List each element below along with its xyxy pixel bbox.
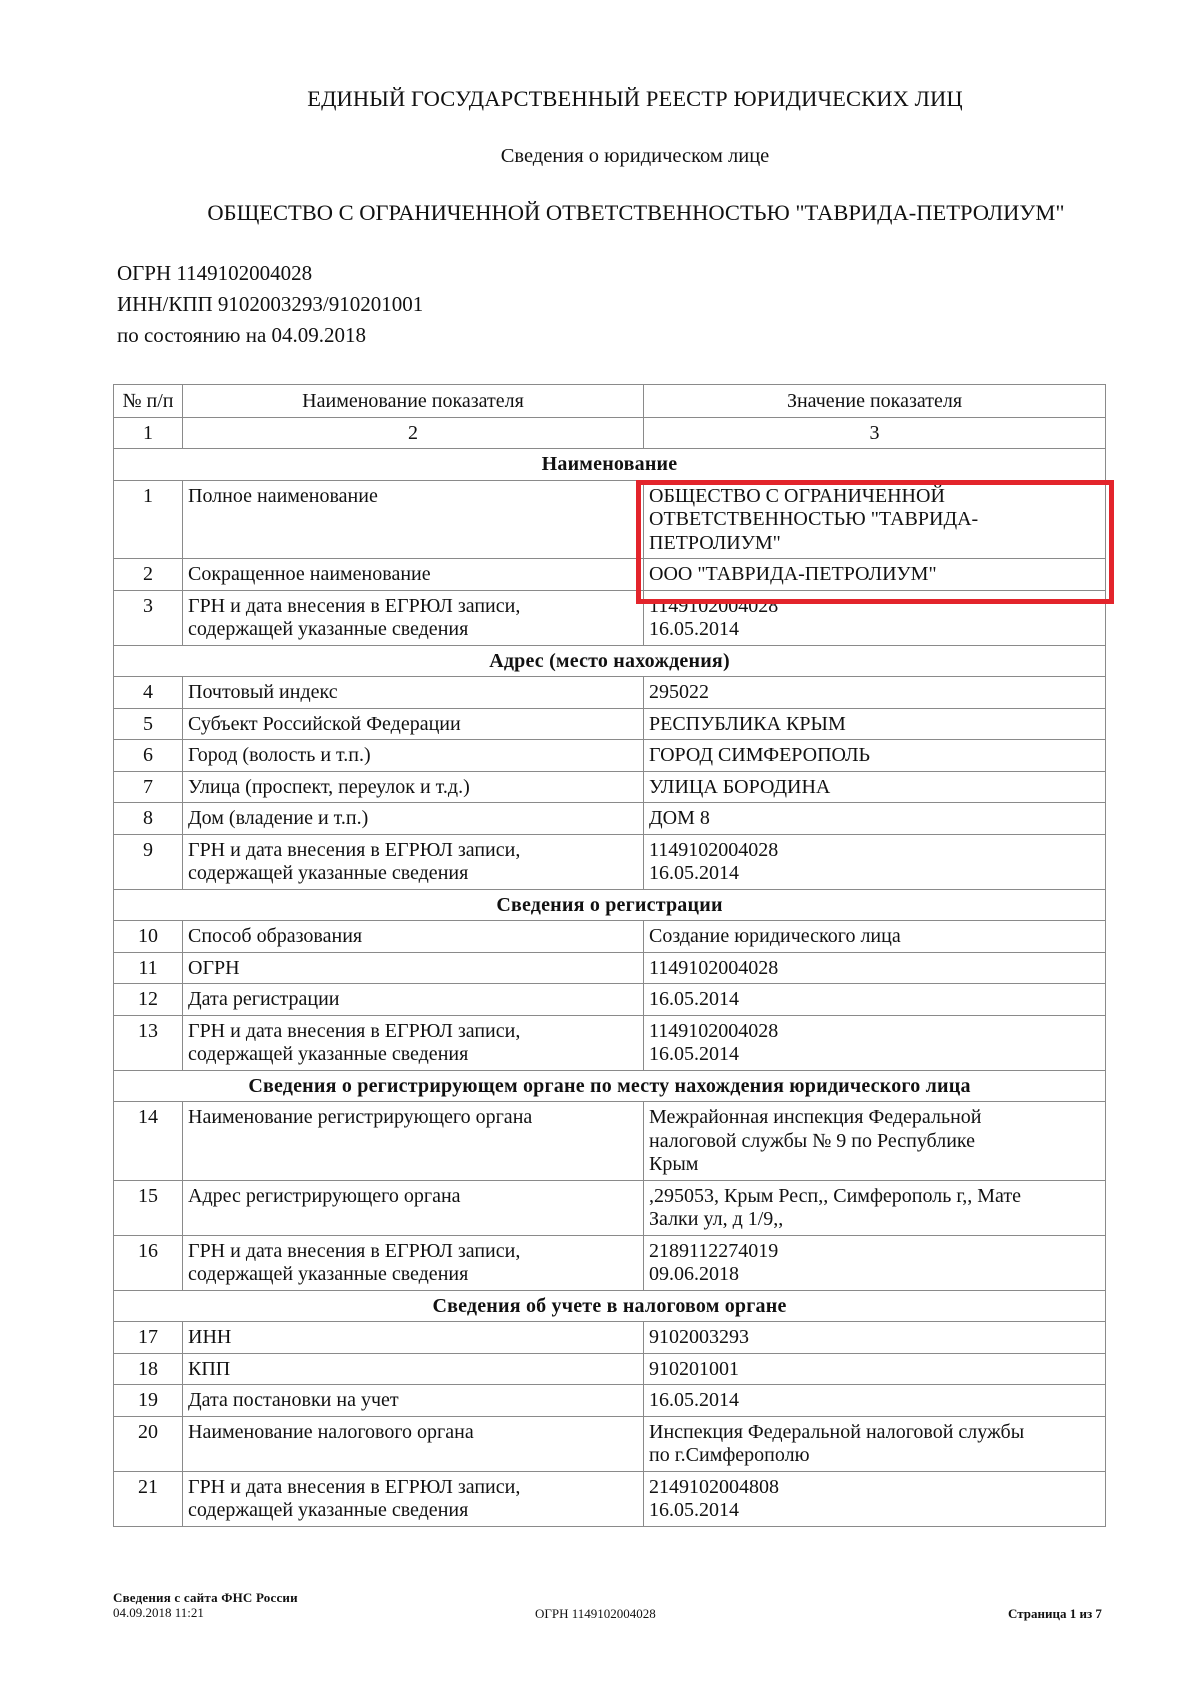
row-number: 11 <box>114 952 183 984</box>
document-title: ЕДИНЫЙ ГОСУДАРСТВЕННЫЙ РЕЕСТР ЮРИДИЧЕСКИ… <box>0 86 1190 112</box>
indicator-value: 114910200402816.05.2014 <box>644 590 1106 645</box>
table-row: 18КПП910201001 <box>114 1353 1106 1385</box>
table-row: 4Почтовый индекс295022 <box>114 677 1106 709</box>
table-header-row: № п/п Наименование показателя Значение п… <box>114 385 1106 418</box>
indicator-value: 218911227401909.06.2018 <box>644 1235 1106 1290</box>
table-row: 15Адрес регистрирующего органа,295053, К… <box>114 1180 1106 1235</box>
indicator-name: ГРН и дата внесения в ЕГРЮЛ записи,содер… <box>183 1471 644 1526</box>
column-index-row: 1 2 3 <box>114 417 1106 449</box>
indicator-name-line: Адрес регистрирующего органа <box>188 1185 638 1209</box>
indicator-name: Полное наименование <box>183 480 644 559</box>
indicator-name: Дата постановки на учет <box>183 1385 644 1417</box>
indicator-value: ,295053, Крым Респ,, Симферополь г,, Мат… <box>644 1180 1106 1235</box>
indicator-name-line: Дата постановки на учет <box>188 1389 638 1413</box>
section-header-row: Сведения об учете в налоговом органе <box>114 1290 1106 1322</box>
column-header-number: № п/п <box>114 385 183 418</box>
indicator-name-line: Улица (проспект, переулок и т.д.) <box>188 776 638 800</box>
indicator-value-line: по г.Симферополю <box>649 1444 1100 1468</box>
indicator-value: 114910200402816.05.2014 <box>644 1015 1106 1070</box>
indicator-name-line: содержащей указанные сведения <box>188 618 638 642</box>
indicator-value: 16.05.2014 <box>644 1385 1106 1417</box>
indicator-name: Дата регистрации <box>183 984 644 1016</box>
company-identifiers: ОГРН 1149102004028 ИНН/КПП 9102003293/91… <box>117 258 423 351</box>
indicator-value-line: 295022 <box>649 681 1100 705</box>
indicator-value: 910201001 <box>644 1353 1106 1385</box>
indicator-name: Наименование налогового органа <box>183 1416 644 1471</box>
row-number: 9 <box>114 834 183 889</box>
section-title: Сведения о регистрирующем органе по мест… <box>114 1070 1106 1102</box>
indicator-value: УЛИЦА БОРОДИНА <box>644 771 1106 803</box>
section-header-row: Адрес (место нахождения) <box>114 645 1106 677</box>
row-number: 15 <box>114 1180 183 1235</box>
indicator-value-line: 2189112274019 <box>649 1240 1100 1264</box>
indicator-name: Город (волость и т.п.) <box>183 740 644 772</box>
indicator-name-line: Субъект Российской Федерации <box>188 713 638 737</box>
indicator-name-line: Способ образования <box>188 925 638 949</box>
indicator-name-line: Почтовый индекс <box>188 681 638 705</box>
indicator-value-line: 16.05.2014 <box>649 862 1100 886</box>
footer-ogrn: ОГРН 1149102004028 <box>535 1606 656 1621</box>
column-header-indicator: Наименование показателя <box>183 385 644 418</box>
column-header-value: Значение показателя <box>644 385 1106 418</box>
registry-table: № п/п Наименование показателя Значение п… <box>113 384 1106 1527</box>
company-name-heading: ОБЩЕСТВО С ОГРАНИЧЕННОЙ ОТВЕТСТВЕННОСТЬЮ… <box>0 200 1190 226</box>
section-header-row: Сведения о регистрирующем органе по мест… <box>114 1070 1106 1102</box>
table-row: 8Дом (владение и т.п.)ДОМ 8 <box>114 803 1106 835</box>
section-title: Сведения о регистрации <box>114 889 1106 921</box>
indicator-value: ГОРОД СИМФЕРОПОЛЬ <box>644 740 1106 772</box>
indicator-value-line: 9102003293 <box>649 1326 1100 1350</box>
footer-source-label: Сведения с сайта ФНС России <box>113 1590 298 1605</box>
indicator-name-line: содержащей указанные сведения <box>188 1043 638 1067</box>
indicator-value-line: 1149102004028 <box>649 957 1100 981</box>
table-row: 12Дата регистрации16.05.2014 <box>114 984 1106 1016</box>
indicator-value: 214910200480816.05.2014 <box>644 1471 1106 1526</box>
table-row: 17ИНН9102003293 <box>114 1322 1106 1354</box>
indicator-value-line: ДОМ 8 <box>649 807 1100 831</box>
indicator-value-line: 1149102004028 <box>649 595 1100 619</box>
indicator-value: Создание юридического лица <box>644 921 1106 953</box>
table-row: 16ГРН и дата внесения в ЕГРЮЛ записи,сод… <box>114 1235 1106 1290</box>
row-number: 10 <box>114 921 183 953</box>
column-index-1: 1 <box>114 417 183 449</box>
indicator-value-line: налоговой службы № 9 по Республике <box>649 1130 1100 1154</box>
document-subtitle: Сведения о юридическом лице <box>0 145 1190 168</box>
indicator-value: 1149102004028 <box>644 952 1106 984</box>
ogrn-line: ОГРН 1149102004028 <box>117 258 423 289</box>
row-number: 18 <box>114 1353 183 1385</box>
indicator-name-line: ГРН и дата внесения в ЕГРЮЛ записи, <box>188 1020 638 1044</box>
indicator-value: ДОМ 8 <box>644 803 1106 835</box>
indicator-name-line: содержащей указанные сведения <box>188 862 638 886</box>
row-number: 6 <box>114 740 183 772</box>
column-index-3: 3 <box>644 417 1106 449</box>
indicator-name-line: содержащей указанные сведения <box>188 1499 638 1523</box>
footer-source: Сведения с сайта ФНС России 04.09.2018 1… <box>113 1590 298 1620</box>
indicator-value-line: 16.05.2014 <box>649 1499 1100 1523</box>
row-number: 19 <box>114 1385 183 1417</box>
table-row: 3ГРН и дата внесения в ЕГРЮЛ записи,соде… <box>114 590 1106 645</box>
indicator-name: Почтовый индекс <box>183 677 644 709</box>
row-number: 8 <box>114 803 183 835</box>
table-row: 5Субъект Российской ФедерацииРЕСПУБЛИКА … <box>114 708 1106 740</box>
footer-page-number: Страница 1 из 7 <box>1008 1606 1102 1621</box>
indicator-name: Наименование регистрирующего органа <box>183 1102 644 1181</box>
row-number: 16 <box>114 1235 183 1290</box>
inn-kpp-line: ИНН/КПП 9102003293/910201001 <box>117 289 423 320</box>
section-title: Наименование <box>114 449 1106 481</box>
indicator-value: 295022 <box>644 677 1106 709</box>
indicator-value-line: ГОРОД СИМФЕРОПОЛЬ <box>649 744 1100 768</box>
indicator-value-line: ОБЩЕСТВО С ОГРАНИЧЕННОЙ <box>649 485 1100 509</box>
indicator-name: КПП <box>183 1353 644 1385</box>
indicator-name: ИНН <box>183 1322 644 1354</box>
row-number: 5 <box>114 708 183 740</box>
indicator-value: Межрайонная инспекция Федеральнойналогов… <box>644 1102 1106 1181</box>
indicator-value-line: Межрайонная инспекция Федеральной <box>649 1106 1100 1130</box>
indicator-value-line: ОТВЕТСТВЕННОСТЬЮ "ТАВРИДА- <box>649 508 1100 532</box>
row-number: 12 <box>114 984 183 1016</box>
table-row: 11ОГРН1149102004028 <box>114 952 1106 984</box>
indicator-name-line: Полное наименование <box>188 485 638 509</box>
indicator-name-line: ИНН <box>188 1326 638 1350</box>
indicator-name: Улица (проспект, переулок и т.д.) <box>183 771 644 803</box>
indicator-name: Адрес регистрирующего органа <box>183 1180 644 1235</box>
indicator-name-line: содержащей указанные сведения <box>188 1263 638 1287</box>
indicator-name: ОГРН <box>183 952 644 984</box>
indicator-name: Субъект Российской Федерации <box>183 708 644 740</box>
indicator-name-line: ГРН и дата внесения в ЕГРЮЛ записи, <box>188 1240 638 1264</box>
column-index-2: 2 <box>183 417 644 449</box>
indicator-value-line: Инспекция Федеральной налоговой службы <box>649 1421 1100 1445</box>
indicator-value-line: Создание юридического лица <box>649 925 1100 949</box>
row-number: 20 <box>114 1416 183 1471</box>
indicator-value-line: 16.05.2014 <box>649 988 1100 1012</box>
table-row: 14Наименование регистрирующего органаМеж… <box>114 1102 1106 1181</box>
indicator-name-line: Дом (владение и т.п.) <box>188 807 638 831</box>
section-header-row: Сведения о регистрации <box>114 889 1106 921</box>
indicator-value-line: 16.05.2014 <box>649 1043 1100 1067</box>
indicator-name: ГРН и дата внесения в ЕГРЮЛ записи,содер… <box>183 1235 644 1290</box>
indicator-value-line: Крым <box>649 1153 1100 1177</box>
indicator-name-line: Город (волость и т.п.) <box>188 744 638 768</box>
indicator-name-line: Наименование налогового органа <box>188 1421 638 1445</box>
table-row: 20Наименование налогового органаИнспекци… <box>114 1416 1106 1471</box>
table-row: 21ГРН и дата внесения в ЕГРЮЛ записи,сод… <box>114 1471 1106 1526</box>
row-number: 14 <box>114 1102 183 1181</box>
table-row: 7Улица (проспект, переулок и т.д.)УЛИЦА … <box>114 771 1106 803</box>
indicator-name-line: ГРН и дата внесения в ЕГРЮЛ записи, <box>188 595 638 619</box>
row-number: 3 <box>114 590 183 645</box>
indicator-value: 9102003293 <box>644 1322 1106 1354</box>
row-number: 21 <box>114 1471 183 1526</box>
indicator-value: 114910200402816.05.2014 <box>644 834 1106 889</box>
section-title: Сведения об учете в налоговом органе <box>114 1290 1106 1322</box>
indicator-name: Дом (владение и т.п.) <box>183 803 644 835</box>
row-number: 2 <box>114 559 183 591</box>
indicator-value-line: 910201001 <box>649 1358 1100 1382</box>
indicator-value-line: ООО "ТАВРИДА-ПЕТРОЛИУМ" <box>649 563 1100 587</box>
table-row: 6Город (волость и т.п.)ГОРОД СИМФЕРОПОЛЬ <box>114 740 1106 772</box>
row-number: 4 <box>114 677 183 709</box>
indicator-name-line: ОГРН <box>188 957 638 981</box>
table-row: 13ГРН и дата внесения в ЕГРЮЛ записи,сод… <box>114 1015 1106 1070</box>
indicator-value-line: 1149102004028 <box>649 1020 1100 1044</box>
table-row: 19Дата постановки на учет16.05.2014 <box>114 1385 1106 1417</box>
indicator-value: ООО "ТАВРИДА-ПЕТРОЛИУМ" <box>644 559 1106 591</box>
table-row: 9ГРН и дата внесения в ЕГРЮЛ записи,соде… <box>114 834 1106 889</box>
indicator-name-line: Дата регистрации <box>188 988 638 1012</box>
indicator-name: ГРН и дата внесения в ЕГРЮЛ записи,содер… <box>183 1015 644 1070</box>
footer-datetime: 04.09.2018 11:21 <box>113 1605 298 1620</box>
row-number: 17 <box>114 1322 183 1354</box>
table-row: 1Полное наименованиеОБЩЕСТВО С ОГРАНИЧЕН… <box>114 480 1106 559</box>
row-number: 1 <box>114 480 183 559</box>
indicator-value-line: ПЕТРОЛИУМ" <box>649 532 1100 556</box>
indicator-name-line: Наименование регистрирующего органа <box>188 1106 638 1130</box>
indicator-value: РЕСПУБЛИКА КРЫМ <box>644 708 1106 740</box>
indicator-value-line: 16.05.2014 <box>649 1389 1100 1413</box>
indicator-value-line: 16.05.2014 <box>649 618 1100 642</box>
table-row: 2Сокращенное наименованиеООО "ТАВРИДА-ПЕ… <box>114 559 1106 591</box>
indicator-name: ГРН и дата внесения в ЕГРЮЛ записи,содер… <box>183 590 644 645</box>
table-row: 10Способ образованияСоздание юридическог… <box>114 921 1106 953</box>
indicator-name: Способ образования <box>183 921 644 953</box>
indicator-value-line: 09.06.2018 <box>649 1263 1100 1287</box>
indicator-name: ГРН и дата внесения в ЕГРЮЛ записи,содер… <box>183 834 644 889</box>
section-header-row: Наименование <box>114 449 1106 481</box>
indicator-value: 16.05.2014 <box>644 984 1106 1016</box>
indicator-value-line: ,295053, Крым Респ,, Симферополь г,, Мат… <box>649 1185 1100 1209</box>
row-number: 13 <box>114 1015 183 1070</box>
indicator-value: ОБЩЕСТВО С ОГРАНИЧЕННОЙОТВЕТСТВЕННОСТЬЮ … <box>644 480 1106 559</box>
indicator-value-line: Залки ул, д 1/9,, <box>649 1208 1100 1232</box>
as-of-date-line: по состоянию на 04.09.2018 <box>117 320 423 351</box>
indicator-name-line: ГРН и дата внесения в ЕГРЮЛ записи, <box>188 839 638 863</box>
indicator-value-line: 1149102004028 <box>649 839 1100 863</box>
indicator-value: Инспекция Федеральной налоговой службыпо… <box>644 1416 1106 1471</box>
indicator-value-line: 2149102004808 <box>649 1476 1100 1500</box>
indicator-name-line: Сокращенное наименование <box>188 563 638 587</box>
row-number: 7 <box>114 771 183 803</box>
indicator-value-line: УЛИЦА БОРОДИНА <box>649 776 1100 800</box>
section-title: Адрес (место нахождения) <box>114 645 1106 677</box>
indicator-name-line: КПП <box>188 1358 638 1382</box>
indicator-value-line: РЕСПУБЛИКА КРЫМ <box>649 713 1100 737</box>
indicator-name: Сокращенное наименование <box>183 559 644 591</box>
indicator-name-line: ГРН и дата внесения в ЕГРЮЛ записи, <box>188 1476 638 1500</box>
